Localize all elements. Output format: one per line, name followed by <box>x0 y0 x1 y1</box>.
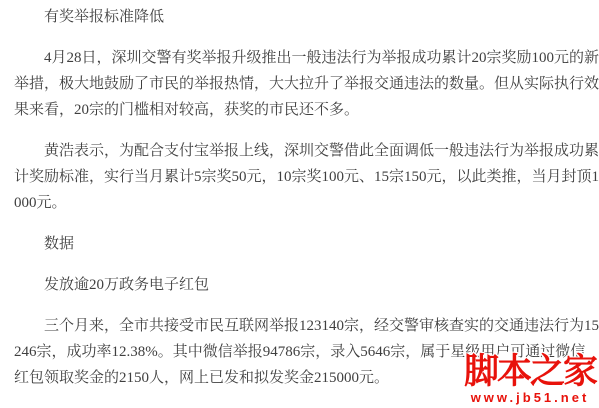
article-heading: 有奖举报标准降低 <box>14 4 599 30</box>
jb51-watermark-url: www.jb51.net <box>464 390 596 405</box>
article-paragraph-3: 三个月来，全市共接受市民互联网举报123140宗，经交警审核查实的交通违法行为1… <box>14 313 599 391</box>
article-body: 有奖举报标准降低 4月28日，深圳交警有奖举报升级推出一般违法行为举报成功累计2… <box>0 0 599 391</box>
article-subheading-data: 数据 <box>14 231 599 257</box>
article-subheading-redpacket: 发放逾20万政务电子红包 <box>14 272 599 298</box>
article-paragraph-1: 4月28日，深圳交警有奖举报升级推出一般违法行为举报成功累计20宗奖励100元的… <box>14 45 599 123</box>
article-paragraph-2: 黄浩表示，为配合支付宝举报上线，深圳交警借此全面调低一般违法行为举报成功累计奖励… <box>14 138 599 216</box>
